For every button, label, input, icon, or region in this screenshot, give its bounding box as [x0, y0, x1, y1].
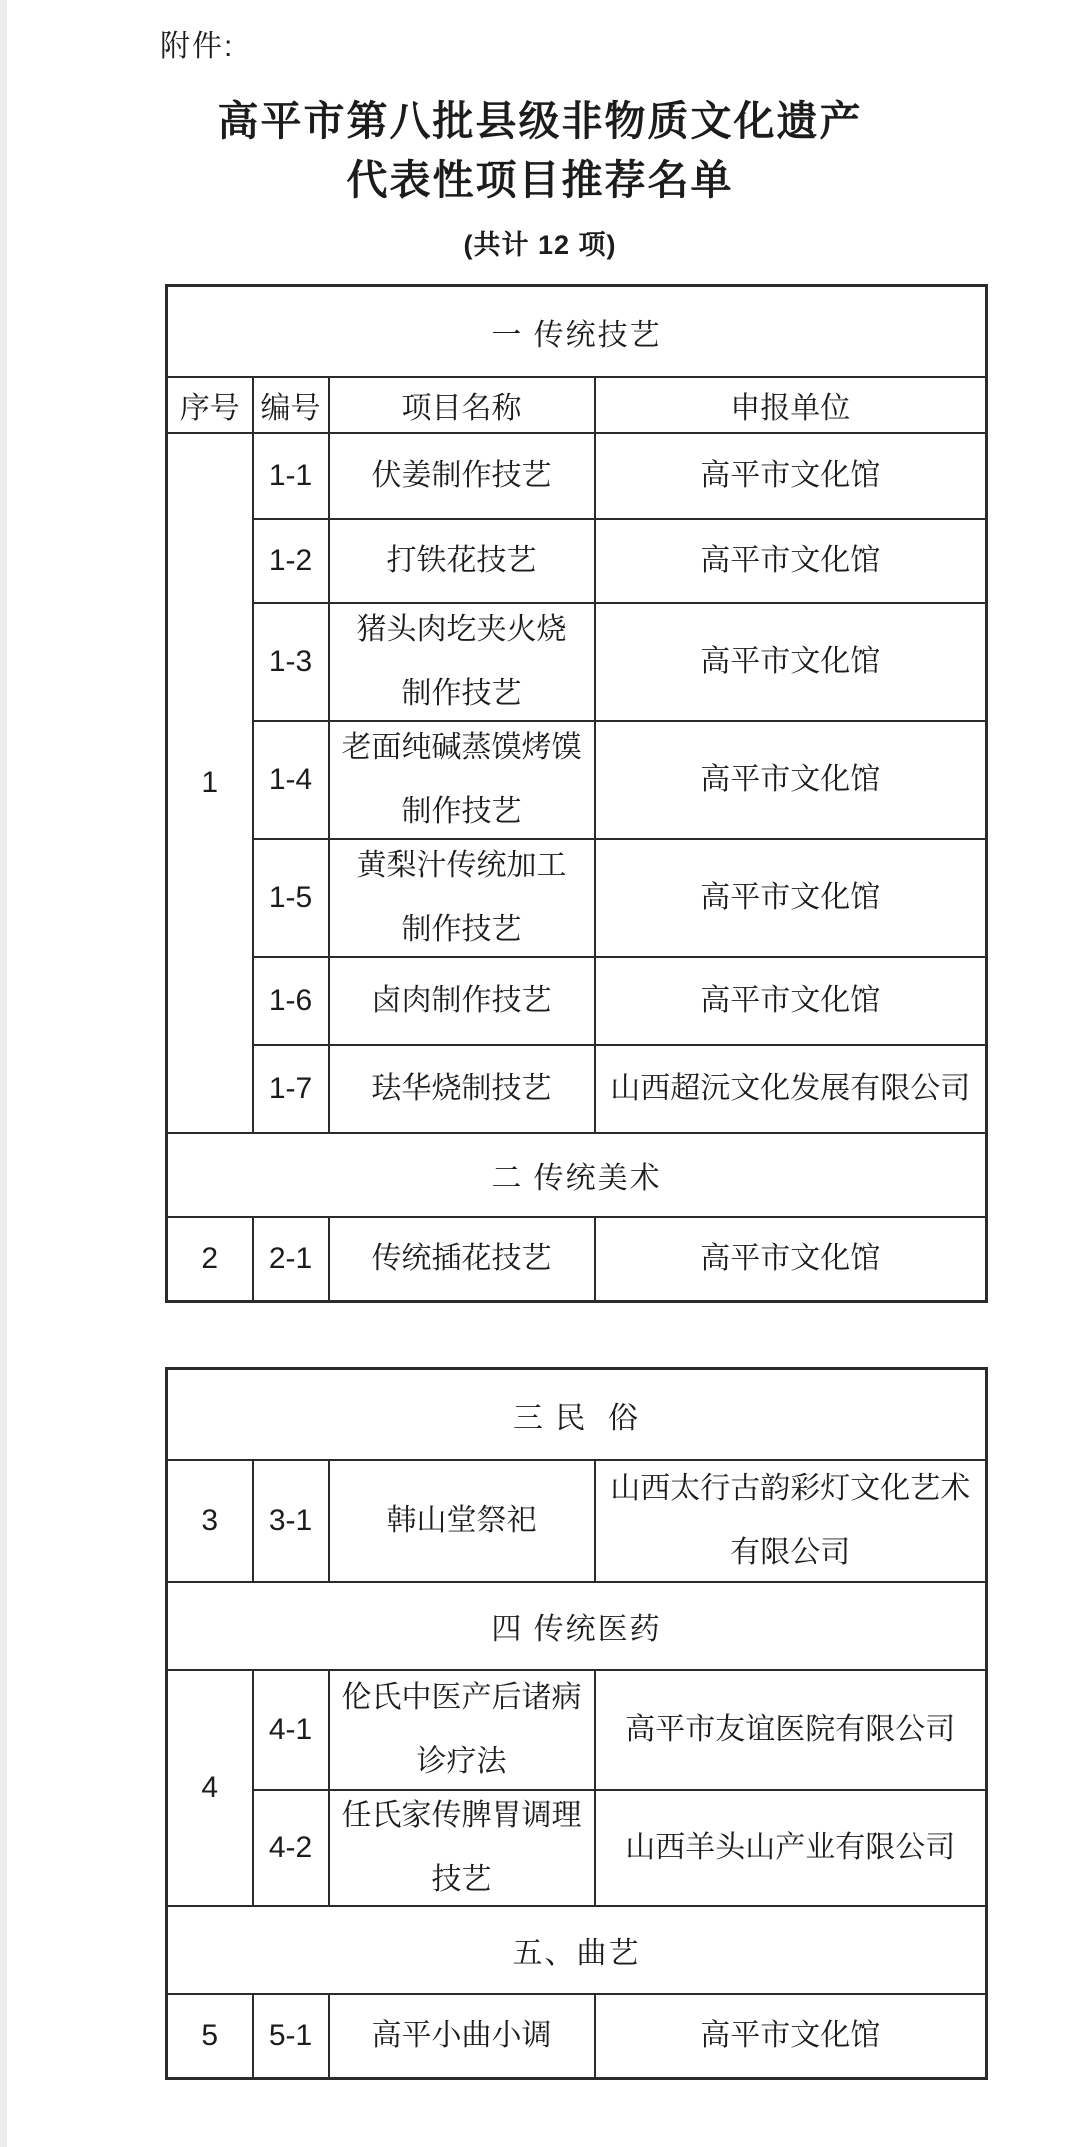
section-title-traditional-craft: 一 传统技艺 [167, 285, 987, 377]
code-cell: 1-1 [253, 433, 329, 519]
table-row: 1-2 打铁花技艺 高平市文化馆 [167, 519, 987, 603]
project-name-cell: 传统插花技艺 [329, 1217, 595, 1301]
col-header-name: 项目名称 [329, 377, 595, 433]
scan-left-edge [0, 0, 7, 2147]
table-row: 3 3-1 韩山堂祭祀 山西太行古韵彩灯文化艺术 有限公司 [167, 1460, 987, 1582]
document-title-line2: 代表性项目推荐名单 [0, 151, 1080, 210]
table-row: 5 5-1 高平小曲小调 高平市文化馆 [167, 1994, 987, 2078]
table-row: 4-2 任氏家传脾胃调理 技艺 山西羊头山产业有限公司 [167, 1790, 987, 1906]
col-header-org: 申报单位 [595, 377, 987, 433]
table-row: 1-4 老面纯碱蒸馍烤馍 制作技艺 高平市文化馆 [167, 721, 987, 839]
table-row: 1-3 猪头肉圪夹火烧 制作技艺 高平市文化馆 [167, 603, 987, 721]
table-row: 4 4-1 伦氏中医产后诸病 诊疗法 高平市友谊医院有限公司 [167, 1670, 987, 1790]
code-cell: 1-7 [253, 1045, 329, 1133]
project-name-cell: 打铁花技艺 [329, 519, 595, 603]
code-cell: 4-2 [253, 1790, 329, 1906]
project-name-cell: 任氏家传脾胃调理 技艺 [329, 1790, 595, 1906]
org-cell: 高平市文化馆 [595, 603, 987, 721]
org-cell: 高平市文化馆 [595, 433, 987, 519]
code-cell: 4-1 [253, 1670, 329, 1790]
project-name-cell: 老面纯碱蒸馍烤馍 制作技艺 [329, 721, 595, 839]
project-name-cell: 伦氏中医产后诸病 诊疗法 [329, 1670, 595, 1790]
section-row-2: 二 传统美术 [167, 1133, 987, 1217]
org-cell: 高平市文化馆 [595, 957, 987, 1045]
table-2: 三 民 俗 3 3-1 韩山堂祭祀 山西太行古韵彩灯文化艺术 有限公司 四 传统… [165, 1367, 988, 2080]
code-cell: 1-2 [253, 519, 329, 603]
table-1: 一 传统技艺 序号 编号 项目名称 申报单位 1 1-1 伏姜制作技艺 高平市文… [165, 284, 988, 1303]
project-name-cell: 猪头肉圪夹火烧 制作技艺 [329, 603, 595, 721]
section-title-traditional-art: 二 传统美术 [167, 1133, 987, 1217]
col-header-code: 编号 [253, 377, 329, 433]
org-cell: 高平市文化馆 [595, 1994, 987, 2078]
seq-cell: 4 [167, 1670, 253, 1906]
code-cell: 1-4 [253, 721, 329, 839]
code-cell: 1-3 [253, 603, 329, 721]
code-cell: 3-1 [253, 1460, 329, 1582]
org-cell: 高平市文化馆 [595, 721, 987, 839]
section-row-1: 一 传统技艺 [167, 285, 987, 377]
project-name-cell: 高平小曲小调 [329, 1994, 595, 2078]
code-cell: 5-1 [253, 1994, 329, 2078]
seq-cell: 5 [167, 1994, 253, 2078]
section-row-4: 四 传统医药 [167, 1582, 987, 1670]
org-cell: 山西超沅文化发展有限公司 [595, 1045, 987, 1133]
code-cell: 1-5 [253, 839, 329, 957]
org-cell: 高平市文化馆 [595, 839, 987, 957]
section-row-5: 五、曲艺 [167, 1906, 987, 1994]
document-title: 高平市第八批县级非物质文化遗产 代表性项目推荐名单 [0, 92, 1080, 211]
code-cell: 1-6 [253, 957, 329, 1045]
table-row: 2 2-1 传统插花技艺 高平市文化馆 [167, 1217, 987, 1301]
table-row: 1-7 珐华烧制技艺 山西超沅文化发展有限公司 [167, 1045, 987, 1133]
section-title-folk-custom: 三 民 俗 [167, 1368, 987, 1460]
table-row: 1-5 黄梨汁传统加工 制作技艺 高平市文化馆 [167, 839, 987, 957]
project-name-cell: 卤肉制作技艺 [329, 957, 595, 1045]
section-title-traditional-medicine: 四 传统医药 [167, 1582, 987, 1670]
column-header-row: 序号 编号 项目名称 申报单位 [167, 377, 987, 433]
section-title-quyi: 五、曲艺 [167, 1906, 987, 1994]
table-row: 1 1-1 伏姜制作技艺 高平市文化馆 [167, 433, 987, 519]
code-cell: 2-1 [253, 1217, 329, 1301]
document-title-line1: 高平市第八批县级非物质文化遗产 [0, 92, 1080, 151]
document-sheet: 附件: 高平市第八批县级非物质文化遗产 代表性项目推荐名单 (共计 12 项) … [0, 0, 1080, 2080]
seq-cell: 2 [167, 1217, 253, 1301]
project-name-cell: 韩山堂祭祀 [329, 1460, 595, 1582]
org-cell: 高平市文化馆 [595, 1217, 987, 1301]
seq-cell: 3 [167, 1460, 253, 1582]
document-subtitle: (共计 12 项) [0, 223, 1080, 262]
seq-cell: 1 [167, 433, 253, 1133]
section-row-3: 三 民 俗 [167, 1368, 987, 1460]
project-name-cell: 黄梨汁传统加工 制作技艺 [329, 839, 595, 957]
col-header-seq: 序号 [167, 377, 253, 433]
org-cell: 山西羊头山产业有限公司 [595, 1790, 987, 1906]
org-cell: 山西太行古韵彩灯文化艺术 有限公司 [595, 1460, 987, 1582]
attachment-label: 附件: [160, 26, 1080, 68]
project-name-cell: 伏姜制作技艺 [329, 433, 595, 519]
project-name-cell: 珐华烧制技艺 [329, 1045, 595, 1133]
org-cell: 高平市友谊医院有限公司 [595, 1670, 987, 1790]
table-row: 1-6 卤肉制作技艺 高平市文化馆 [167, 957, 987, 1045]
org-cell: 高平市文化馆 [595, 519, 987, 603]
